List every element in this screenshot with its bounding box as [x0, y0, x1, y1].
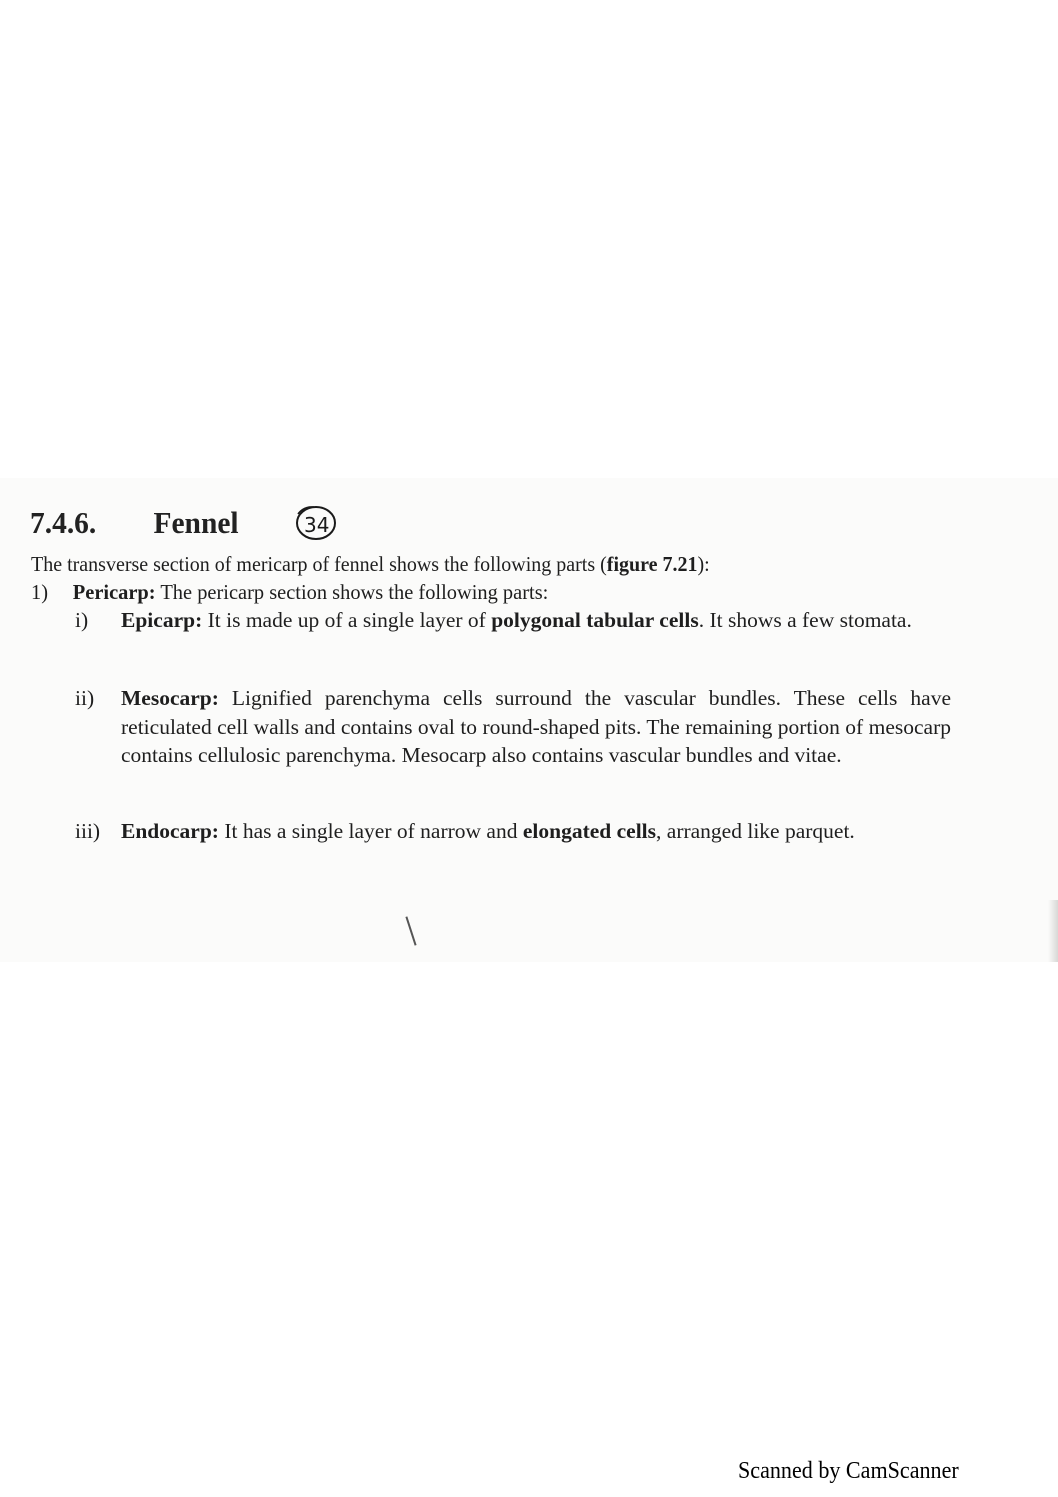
item-text: Lignified parenchyma cells surround the …	[121, 686, 951, 767]
section-heading: 7.4.6.Fennel	[30, 505, 239, 541]
list-item-pericarp: 1)Pericarp: The pericarp section shows t…	[31, 578, 548, 606]
item-text: It has a single layer of narrow and	[219, 819, 523, 843]
handwritten-circled-number-icon: 34	[292, 502, 338, 542]
section-number: 7.4.6.	[30, 505, 154, 541]
intro-text-end: ):	[698, 552, 710, 576]
scanner-watermark: Scanned by CamScanner	[738, 1458, 959, 1485]
list-marker: iii)	[75, 817, 100, 846]
item-text-end: . It shows a few stomata.	[699, 608, 912, 632]
intro-text: The transverse section of mericarp of fe…	[31, 552, 607, 576]
svg-text:34: 34	[304, 513, 329, 537]
page-edge-shadow	[1048, 900, 1058, 962]
term-label: Pericarp:	[73, 580, 156, 604]
item-text-end: , arranged like parquet.	[656, 819, 855, 843]
list-marker: 1)	[31, 578, 73, 606]
term-label: Mesocarp:	[121, 686, 219, 710]
term-label: Epicarp:	[121, 608, 202, 632]
subitem-endocarp: iii) Endocarp: It has a single layer of …	[75, 817, 951, 846]
subitem-mesocarp: ii) Mesocarp: Lignified parenchyma cells…	[75, 684, 951, 770]
list-marker: i)	[75, 606, 88, 635]
item-text: The pericarp section shows the following…	[156, 580, 549, 604]
figure-reference: figure 7.21	[607, 552, 698, 576]
list-marker: ii)	[75, 684, 94, 713]
intro-paragraph: The transverse section of mericarp of fe…	[31, 550, 710, 578]
term-label: Endocarp:	[121, 819, 219, 843]
bold-term: elongated cells	[523, 819, 656, 843]
item-text: It is made up of a single layer of	[202, 608, 491, 632]
section-title: Fennel	[154, 505, 239, 540]
subitem-epicarp: i) Epicarp: It is made up of a single la…	[75, 606, 951, 635]
bold-term: polygonal tabular cells	[491, 608, 698, 632]
